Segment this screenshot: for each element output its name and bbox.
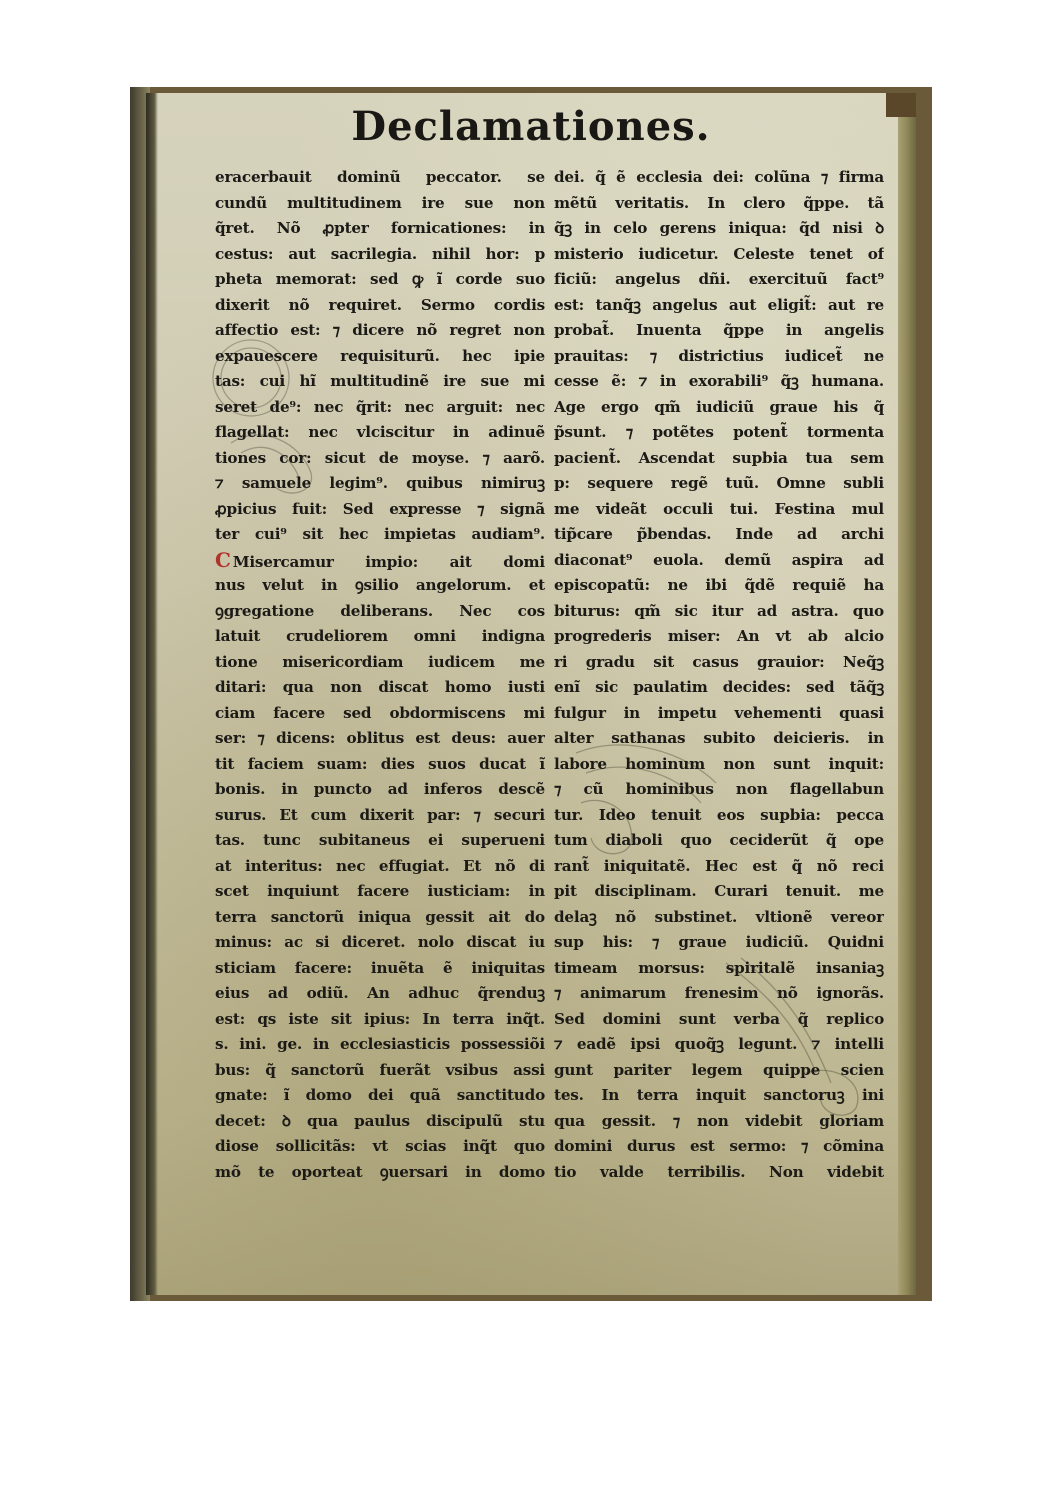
text-line: tip̃care p̃bendas. Inde ad archi [554, 522, 884, 548]
text-line: bus: q̃ sanctorũ fuerãt vsibus assi [215, 1058, 545, 1084]
text-line: est: tanq̃ꝫ angelus aut eligit̃: aut re [554, 293, 884, 319]
text-line: ⁊ animarum frenesim nõ ignorãs. [554, 981, 884, 1007]
text-line: domini durus est sermo: ⁊ cõmina [554, 1134, 884, 1160]
text-line: prauitas: ⁊ districtius iudicet̃ ne [554, 344, 884, 370]
text-line: decet: ꝺ qua paulus discipulũ stu [215, 1109, 545, 1135]
text-line: nus velut in ꝯsilio angelorum. et [215, 573, 545, 599]
text-line: tione misericordiam iudicem me [215, 650, 545, 676]
text-line: ⁊ cũ hominibus non flagellabun [554, 777, 884, 803]
text-line: tas: cui hĩ multitudinẽ ire sue mi [215, 369, 545, 395]
text-line: tas. tunc subitaneus ei superueni [215, 828, 545, 854]
text-line: scet inquiunt facere iusticiam: in [215, 879, 545, 905]
text-line: minus: ac si diceret. nolo discat iu [215, 930, 545, 956]
text-line: sup his: ⁊ graue iudiciũ. Quidni [554, 930, 884, 956]
text-line: p̃sunt. ⁊ potẽtes potent̃ tormenta [554, 420, 884, 446]
text-line: mẽtũ veritatis. In clero q̃ppe. tã [554, 191, 884, 217]
text-line: bonis. in puncto ad inferos descẽ [215, 777, 545, 803]
text-line: ⁊ samuele legim⁹. quibus nimiruꝫ [215, 471, 545, 497]
text-line: est: qs iste sit ipius: In terra inq̃t. [215, 1007, 545, 1033]
text-line: tiones cor: sicut de moyse. ⁊ aarõ. [215, 446, 545, 472]
text-line: enĩ sic paulatim decides: sed tãq̃ꝫ [554, 675, 884, 701]
text-line: tit faciem suam: dies suos ducat ĩ [215, 752, 545, 778]
text-line: sticiam facere: inuẽta ẽ iniquitas [215, 956, 545, 982]
text-line: biturus: qm̃ sic itur ad astra. quo [554, 599, 884, 625]
text-line: eius ad odiũ. An adhuc q̃renduꝫ [215, 981, 545, 1007]
text-line: delaꝫ nõ substinet. vltionẽ vereor [554, 905, 884, 931]
text-line: pit disciplinam. Curari tenuit. me [554, 879, 884, 905]
running-head: Declamationes. [146, 103, 916, 150]
left-text-column: eracerbauit dominũ peccator. se cundũ mu… [215, 165, 545, 1185]
text-line: qua gessit. ⁊ non videbit gloriam [554, 1109, 884, 1135]
fore-edge [898, 93, 916, 1295]
text-line: rant̃ iniquitatẽ. Hec est q̃ nõ reci [554, 854, 884, 880]
text-line: pacient̃. Ascendat supbia tua sem [554, 446, 884, 472]
text-line: diose sollicitãs: vt scias inq̃t quo [215, 1134, 545, 1160]
text-line: cesse ẽ: ⁊ in exorabili⁹ q̃ꝫ humana. [554, 369, 884, 395]
text-line: ri gradu sit casus grauior: Neq̃ꝫ [554, 650, 884, 676]
text-line: pheta memorat: sed ꝙ ĩ corde suo [215, 267, 545, 293]
text-line: tes. In terra inquit sanctoruꝫ ini [554, 1083, 884, 1109]
text-line: me videãt occuli tui. Festina mul [554, 497, 884, 523]
text-line: labore hominum non sunt inquit: [554, 752, 884, 778]
text-line: ter cui⁹ sit hec impietas audiam⁹. [215, 522, 545, 548]
text-line: gnate: ĩ domo dei quã sanctitudo [215, 1083, 545, 1109]
text-line-rubricated: CMisercamur impio: ait domi [215, 548, 545, 574]
text-line: ⁊ eadẽ ipsi quoq̃ꝫ legunt. ⁊ intelli [554, 1032, 884, 1058]
text-line: flagellat: nec vlciscitur in adinuẽ [215, 420, 545, 446]
text-line: expauescere requisiturũ. hec ipie [215, 344, 545, 370]
text-line-body: Misercamur impio: ait domi [233, 553, 545, 571]
text-line: episcopatũ: ne ibi q̃dẽ requiẽ ha [554, 573, 884, 599]
text-line: affectio est: ⁊ dicere nõ regret non [215, 318, 545, 344]
text-line: surus. Et cum dixerit par: ⁊ securi [215, 803, 545, 829]
text-line: dei. q̃ ẽ ecclesia dei: colũna ⁊ firma [554, 165, 884, 191]
text-line: s. ini. ge. in ecclesiasticis possessiõi [215, 1032, 545, 1058]
text-line: gunt pariter legem quippe scien [554, 1058, 884, 1084]
text-line: ꝯgregatione deliberans. Nec cos [215, 599, 545, 625]
text-line: ficiũ: angelus dñi. exercituũ fact⁹ [554, 267, 884, 293]
text-line: ditari: qua non discat homo iusti [215, 675, 545, 701]
text-line: timeam morsus: spiritalẽ insaniaꝫ [554, 956, 884, 982]
text-line: alter sathanas subito deicieris. in [554, 726, 884, 752]
text-line: tur. Ideo tenuit eos supbia: pecca [554, 803, 884, 829]
text-line: q̃ꝫ in celo gerens iniqua: q̃d nisi ꝺ [554, 216, 884, 242]
text-line: tio valde terribilis. Non videbit [554, 1160, 884, 1186]
text-line: q̃ret. Nõ ꝓpter fornicationes: in [215, 216, 545, 242]
text-line: mõ te oporteat ꝯuersari in domo [215, 1160, 545, 1186]
text-line: p: sequere regẽ tuũ. Omne subli [554, 471, 884, 497]
text-line: misterio iudicetur. Celeste tenet of [554, 242, 884, 268]
text-line: Age ergo qm̃ iudiciũ graue his q̃ [554, 395, 884, 421]
rubricated-initial: C [215, 548, 231, 572]
text-line: ser: ⁊ dicens: oblitus est deus: auer [215, 726, 545, 752]
text-line: terra sanctorũ iniqua gessit ait do [215, 905, 545, 931]
text-line: eracerbauit dominũ peccator. se [215, 165, 545, 191]
right-text-column: dei. q̃ ẽ ecclesia dei: colũna ⁊ firma m… [554, 165, 884, 1185]
text-line: cestus: aut sacrilegia. nihil hor: p [215, 242, 545, 268]
text-line: diaconat⁹ euola. demũ aspira ad [554, 548, 884, 574]
text-line: latuit crudeliorem omni indigna [215, 624, 545, 650]
text-line: cundũ multitudinem ire sue non [215, 191, 545, 217]
text-line: ꝓpicius fuit: Sed expresse ⁊ signã [215, 497, 545, 523]
printed-page: Declamationes. erace [146, 93, 916, 1295]
gutter-shadow [146, 93, 158, 1295]
text-line: tum diaboli quo ceciderũt q̃ ope [554, 828, 884, 854]
text-line: fulgur in impetu vehementi quasi [554, 701, 884, 727]
text-line: seret de⁹: nec q̃rit: nec arguit: nec [215, 395, 545, 421]
text-line: Sed domini sunt verba q̃ replico [554, 1007, 884, 1033]
text-line: dixerit nõ requiret. Sermo cordis [215, 293, 545, 319]
text-line: progrederis miser: An vt ab alcio [554, 624, 884, 650]
text-line: probat̃. Inuenta q̃ppe in angelis [554, 318, 884, 344]
book-page-scan: Declamationes. erace [130, 87, 932, 1301]
text-line: ciam facere sed obdormiscens mi [215, 701, 545, 727]
text-line: at interitus: nec effugiat. Et nõ di [215, 854, 545, 880]
